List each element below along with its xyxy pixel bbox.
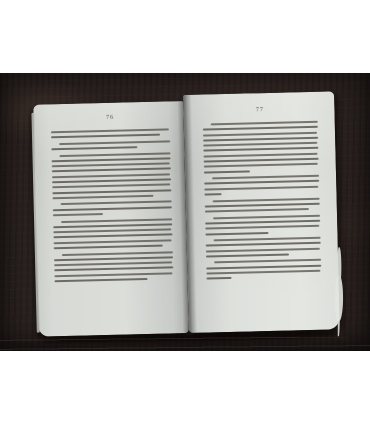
text-line [204, 186, 318, 191]
text-line [59, 152, 170, 157]
text-line [205, 208, 309, 213]
text-line [52, 168, 171, 173]
text-line [203, 142, 317, 147]
text-block [51, 128, 174, 282]
text-line [213, 214, 320, 219]
text-line [206, 270, 320, 275]
text-line [203, 126, 318, 131]
text-line [55, 278, 148, 282]
text-line [54, 245, 163, 250]
text-line [52, 173, 170, 178]
paragraph [53, 201, 172, 216]
text-line [62, 251, 173, 256]
text-line [54, 267, 173, 272]
text-line [205, 225, 319, 230]
paragraph [205, 214, 320, 235]
paragraph [51, 128, 170, 138]
screenshot-root: { "photo": { "description": "photograph … [0, 0, 370, 423]
paragraph [205, 197, 320, 212]
text-line [53, 234, 172, 239]
text-line [54, 272, 172, 277]
text-line [214, 259, 321, 264]
text-line [206, 247, 320, 252]
text-line [52, 189, 171, 194]
text-line [203, 137, 318, 142]
text-line [53, 206, 172, 211]
text-line [51, 128, 169, 133]
text-line [205, 220, 320, 225]
text-line [52, 184, 170, 189]
text-line [204, 153, 318, 158]
text-line [205, 203, 320, 208]
text-line [53, 213, 103, 216]
text-line [53, 229, 171, 234]
paragraph [51, 152, 171, 199]
text-line [206, 253, 289, 257]
paragraph [54, 251, 174, 282]
text-line [205, 232, 268, 236]
paragraph [204, 175, 319, 196]
text-line [61, 218, 172, 223]
text-line [204, 193, 221, 195]
text-line [51, 134, 160, 139]
text-line [204, 170, 250, 173]
text-block [203, 121, 322, 280]
text-line [53, 223, 172, 228]
text-line [211, 121, 318, 126]
paragraph [206, 259, 321, 280]
book-page-left: 76 [33, 101, 189, 337]
text-line [204, 180, 319, 185]
text-line [204, 163, 318, 168]
book-photograph: 76 77 [0, 73, 370, 351]
text-line [54, 256, 173, 261]
text-line [59, 140, 170, 145]
text-line [203, 147, 318, 152]
text-line [204, 158, 319, 163]
text-line [52, 157, 171, 162]
text-line [207, 277, 232, 280]
text-line [61, 201, 172, 206]
text-line [214, 237, 321, 242]
page-number-right: 77 [202, 106, 317, 115]
text-line [54, 261, 172, 266]
text-line [52, 178, 171, 183]
open-book: 76 77 [33, 91, 340, 340]
text-line [52, 163, 170, 168]
book-page-right: 77 [183, 91, 340, 333]
paragraph [203, 121, 319, 173]
paragraph [51, 140, 170, 150]
text-line [212, 175, 319, 180]
paragraph [53, 218, 173, 249]
page-number-left: 76 [51, 113, 170, 122]
text-line [206, 264, 321, 269]
text-line [206, 242, 321, 247]
text-line [213, 197, 320, 202]
text-line [53, 195, 154, 199]
paragraph [206, 237, 321, 258]
text-line [203, 131, 317, 136]
text-line [51, 146, 137, 150]
text-line [54, 239, 172, 244]
